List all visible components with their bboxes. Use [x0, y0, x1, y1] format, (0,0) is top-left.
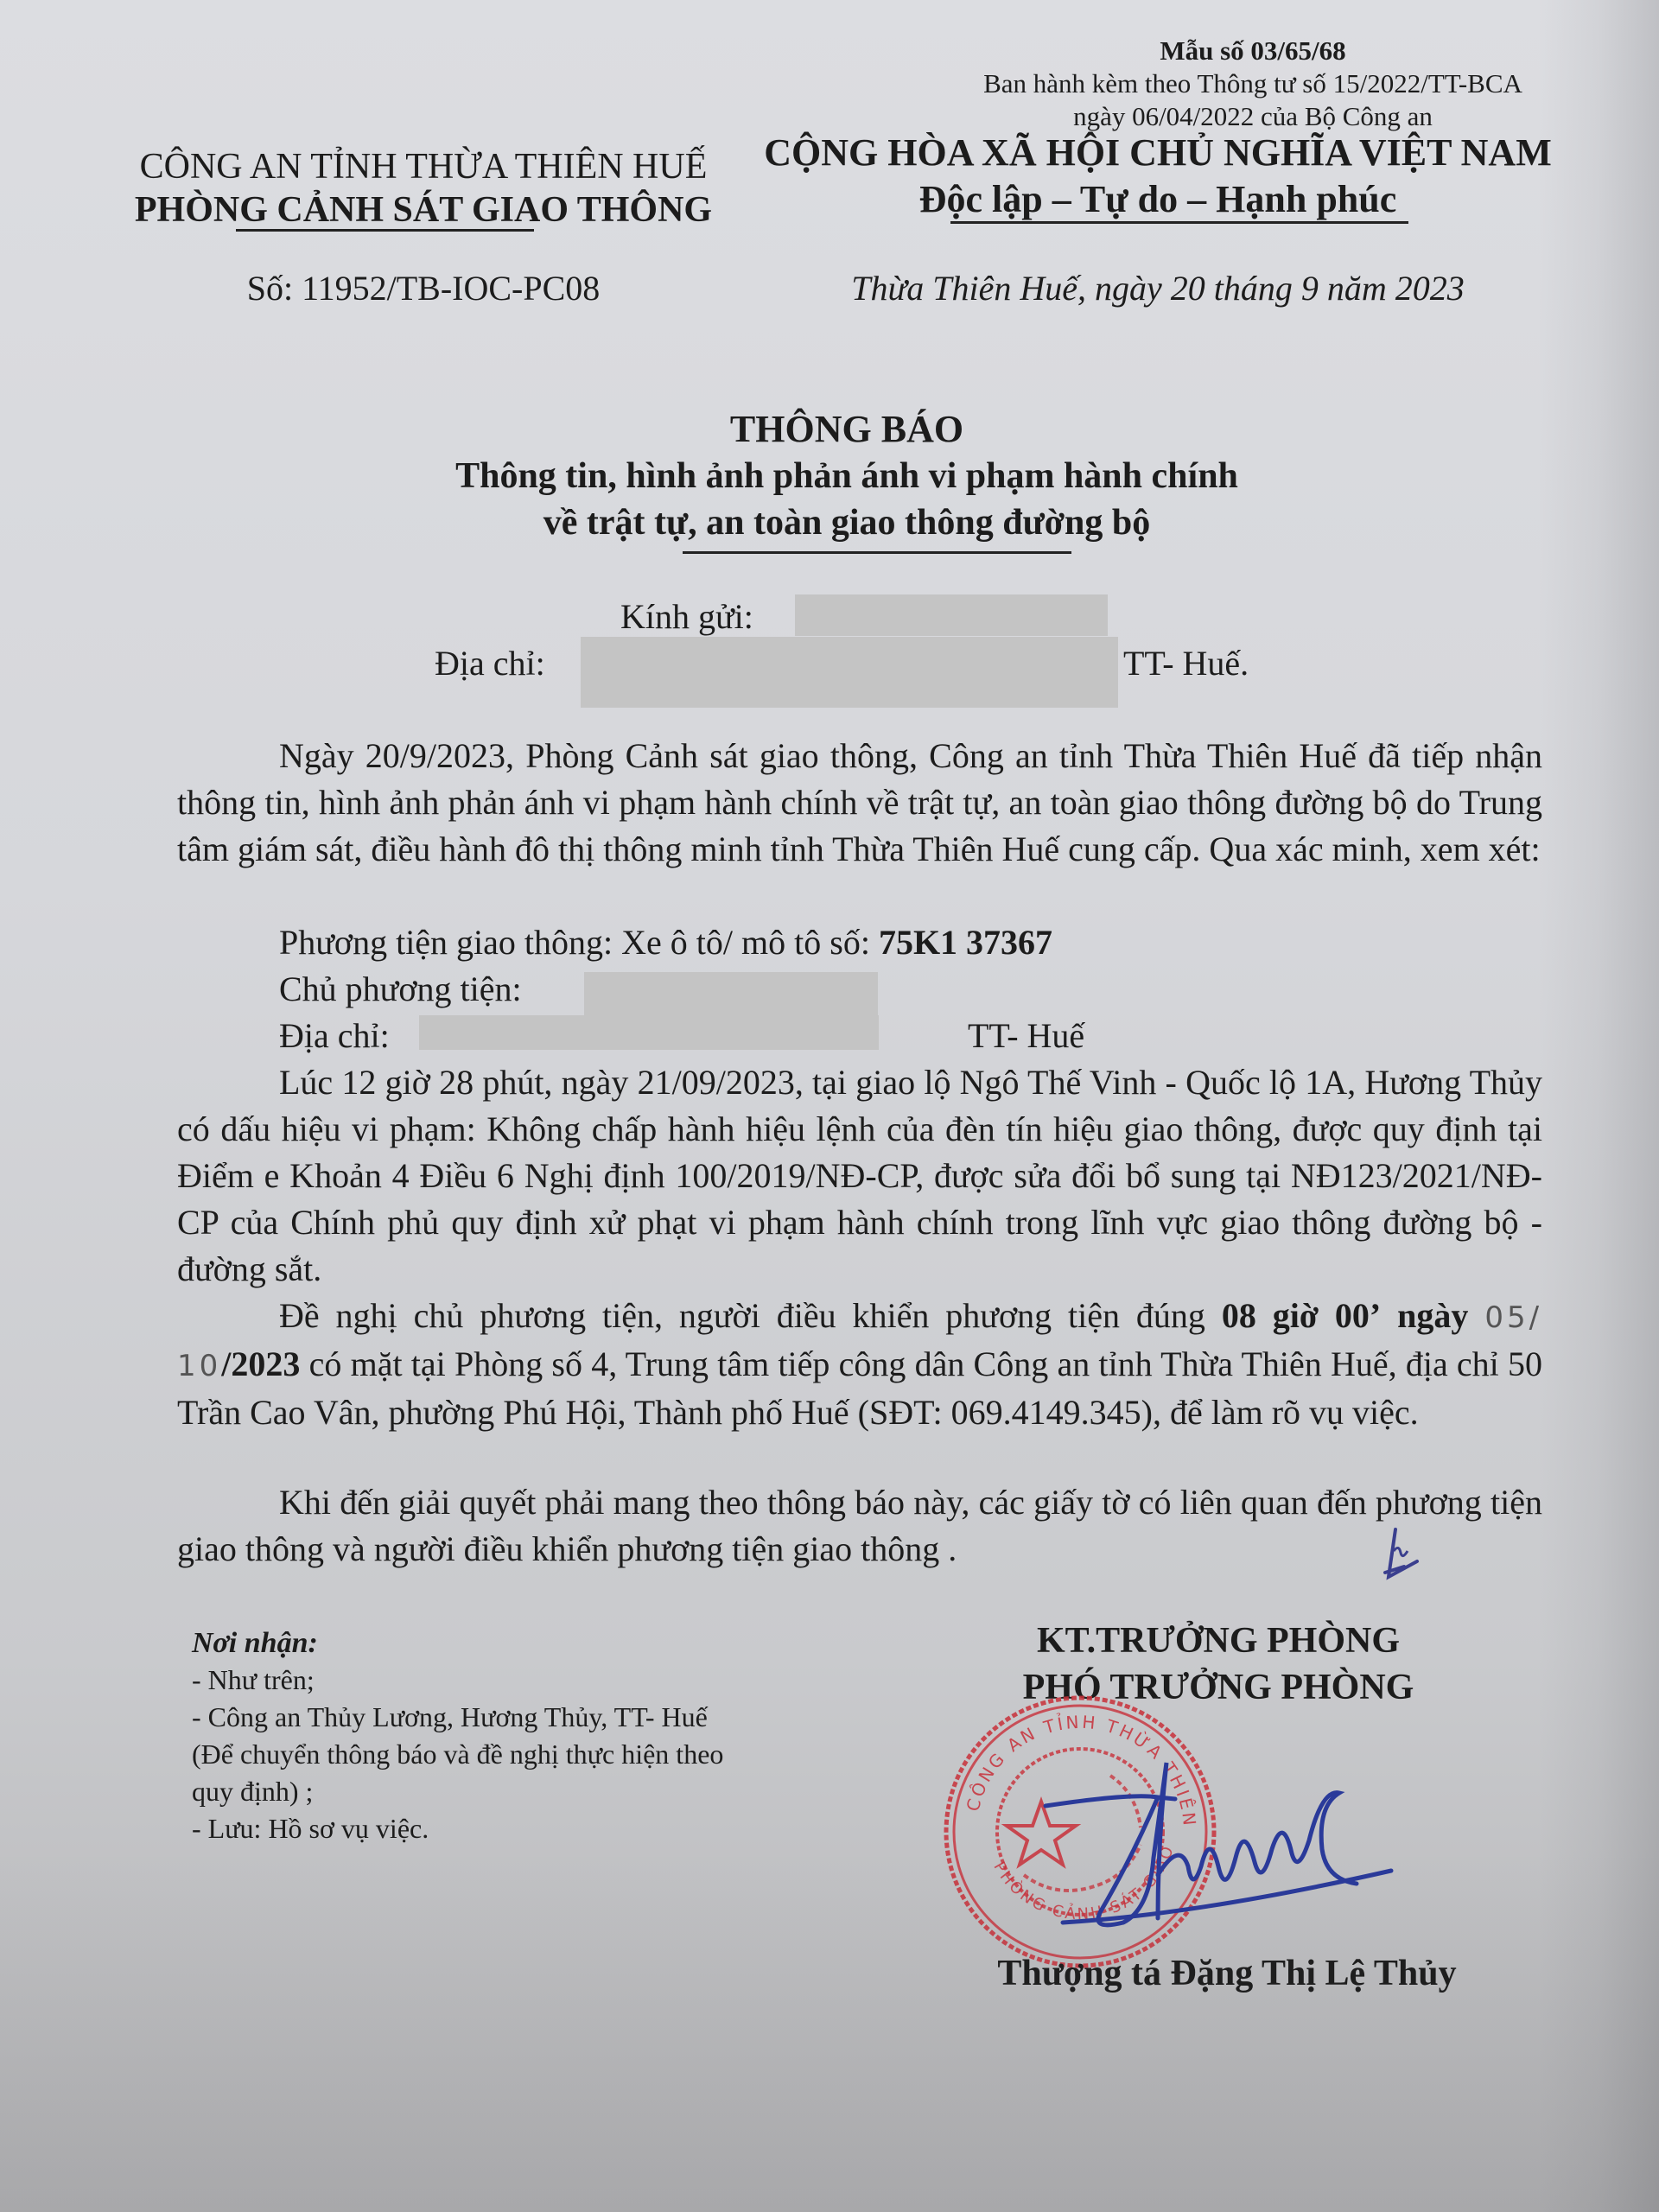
- paragraph-violation: Lúc 12 giờ 28 phút, ngày 21/09/2023, tại…: [177, 1059, 1542, 1293]
- title-divider: [683, 551, 1071, 554]
- recipient-item: - Công an Thủy Lương, Hương Thủy, TT- Hu…: [192, 1699, 723, 1736]
- recipient-item: quy định) ;: [192, 1773, 723, 1810]
- document-title: THÔNG BÁO Thông tin, hình ảnh phản ánh v…: [346, 406, 1348, 546]
- page-shadow-bottom: [0, 1849, 1659, 2212]
- redacted-recipient-name: [795, 594, 1108, 636]
- document-page: Mẫu số 03/65/68 Ban hành kèm theo Thông …: [0, 0, 1659, 2212]
- appointment-year: /2023: [221, 1344, 300, 1383]
- form-issued-date: ngày 06/04/2022 của Bộ Công an: [942, 100, 1564, 133]
- paragraph-summons: Đề nghị chủ phương tiện, người điều khiể…: [177, 1293, 1542, 1436]
- paragraph-instructions: Khi đến giải quyết phải mang theo thông …: [177, 1479, 1542, 1573]
- form-reference: Mẫu số 03/65/68 Ban hành kèm theo Thông …: [942, 35, 1564, 133]
- agency-divider: [236, 229, 534, 232]
- title-line-1: Thông tin, hình ảnh phản ánh vi phạm hàn…: [346, 453, 1348, 499]
- appointment-time: 08 giờ 00’: [1222, 1296, 1381, 1335]
- license-plate: 75K1 37367: [879, 923, 1052, 962]
- signatory-capacity: KT.TRƯỞNG PHÒNG: [933, 1618, 1503, 1664]
- national-heading: CỘNG HÒA XÃ HỘI CHỦ NGHĨA VIỆT NAM Độc l…: [760, 130, 1555, 223]
- place-date: Thừa Thiên Huế, ngày 20 tháng 9 năm 2023: [760, 268, 1555, 308]
- recipient-item: - Lưu: Hồ sơ vụ việc.: [192, 1810, 723, 1847]
- appointment-day-label: ngày: [1397, 1296, 1468, 1335]
- department-name: PHÒNG CẢNH SÁT GIAO THÔNG: [112, 188, 734, 232]
- redacted-owner-address: [419, 1015, 879, 1050]
- owner-address-suffix: TT- Huế: [968, 1013, 1227, 1059]
- title-main: THÔNG BÁO: [346, 406, 1348, 453]
- address-suffix: TT- Huế.: [1123, 643, 1249, 683]
- form-issued-with: Ban hành kèm theo Thông tư số 15/2022/TT…: [942, 67, 1564, 100]
- owner-line: Chủ phương tiện:: [177, 966, 1644, 1013]
- issuing-agency: CÔNG AN TỈNH THỪA THIÊN HUẾ PHÒNG CẢNH S…: [112, 145, 734, 232]
- recipient-item: - Như trên;: [192, 1662, 723, 1699]
- recipients-label: Nơi nhận:: [192, 1624, 723, 1662]
- summons-rest: có mặt tại Phòng số 4, Trung tâm tiếp cô…: [177, 1344, 1542, 1432]
- nation-name: CỘNG HÒA XÃ HỘI CHỦ NGHĨA VIỆT NAM: [760, 130, 1555, 176]
- recipients-block: Nơi nhận: - Như trên; - Công an Thủy Lươ…: [192, 1624, 723, 1847]
- owner-label: Chủ phương tiện:: [279, 969, 522, 1008]
- form-code: Mẫu số 03/65/68: [942, 35, 1564, 67]
- vehicle-label: Phương tiện giao thông: Xe ô tô/ mô tô s…: [279, 923, 870, 962]
- redacted-recipient-address: [581, 637, 1118, 708]
- owner-address-line: Địa chỉ:: [177, 1013, 1644, 1059]
- address-label: Địa chỉ:: [435, 643, 545, 683]
- handwritten-initial-icon: [1370, 1525, 1421, 1586]
- vehicle-line: Phương tiện giao thông: Xe ô tô/ mô tô s…: [177, 919, 1644, 966]
- owner-address-label: Địa chỉ:: [279, 1016, 390, 1055]
- paragraph-receipt: Ngày 20/9/2023, Phòng Cảnh sát giao thôn…: [177, 733, 1542, 873]
- to-label: Kính gửi:: [620, 596, 753, 637]
- document-number: Số: 11952/TB-IOC-PC08: [112, 268, 734, 308]
- national-motto: Độc lập – Tự do – Hạnh phúc: [760, 176, 1555, 223]
- redacted-owner-name: [584, 972, 878, 1015]
- recipient-item: (Để chuyển thông báo và đề nghị thực hiệ…: [192, 1736, 723, 1773]
- motto-divider: [950, 221, 1408, 224]
- title-line-2: về trật tự, an toàn giao thông đường bộ: [346, 499, 1348, 546]
- summons-lead: Đề nghị chủ phương tiện, người điều khiể…: [279, 1296, 1205, 1335]
- agency-name: CÔNG AN TỈNH THỪA THIÊN HUẾ: [112, 145, 734, 188]
